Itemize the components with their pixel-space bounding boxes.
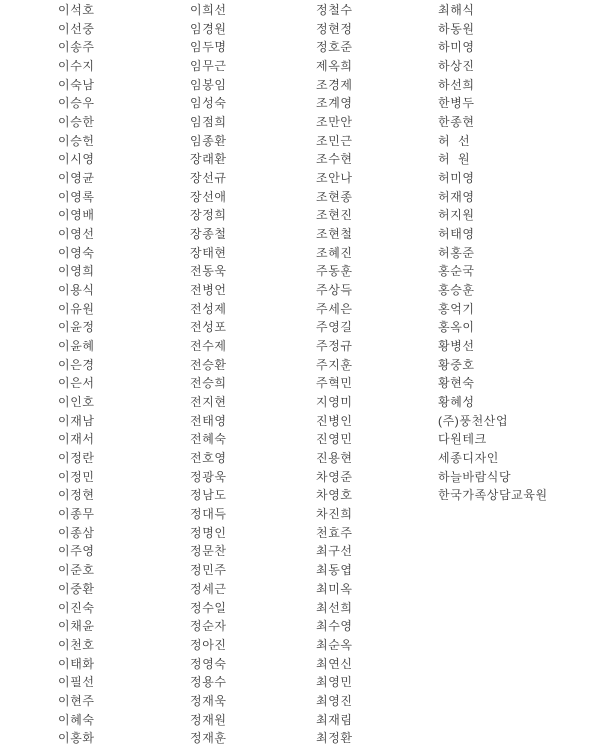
list-item: 정수일	[190, 599, 227, 618]
list-item: 조혜진	[316, 244, 353, 263]
list-item: 하동원	[438, 20, 548, 39]
list-item: 허태영	[438, 225, 548, 244]
list-item: 정아진	[190, 636, 227, 655]
name-column-1: 이석호이선중이송주이수지이숙남이승우이승한이승헌이시영이영균이영록이영배이영선이…	[58, 1, 95, 748]
list-item: 조현종	[316, 188, 353, 207]
list-item: 주혁민	[316, 374, 353, 393]
list-item: 주지훈	[316, 356, 353, 375]
list-item: 조민근	[316, 132, 353, 151]
list-item: 최동엽	[316, 561, 353, 580]
list-item: 정대득	[190, 505, 227, 524]
list-item: 이유원	[58, 300, 95, 319]
list-item: 정현정	[316, 20, 353, 39]
list-item: 정재원	[190, 711, 227, 730]
list-item: 이채윤	[58, 617, 95, 636]
list-item: 이진숙	[58, 599, 95, 618]
list-item: 홍승훈	[438, 281, 548, 300]
list-item: 천효주	[316, 524, 353, 543]
list-item: 이시영	[58, 150, 95, 169]
list-item: 최선희	[316, 599, 353, 618]
list-item: 황중호	[438, 356, 548, 375]
list-item: 전혜숙	[190, 430, 227, 449]
list-item: 이천호	[58, 636, 95, 655]
list-item: 이태화	[58, 655, 95, 674]
list-item: 정세근	[190, 580, 227, 599]
list-item: 주정규	[316, 337, 353, 356]
list-item: 허지원	[438, 206, 548, 225]
list-item: 이중환	[58, 580, 95, 599]
list-item: 허 원	[438, 150, 548, 169]
list-item: 차진희	[316, 505, 353, 524]
list-item: 이필선	[58, 673, 95, 692]
list-item: 조수현	[316, 150, 353, 169]
list-item: 진용현	[316, 449, 353, 468]
list-item: 허홍준	[438, 244, 548, 263]
list-item: 지영미	[316, 393, 353, 412]
list-item: 이혜숙	[58, 711, 95, 730]
list-item: 제옥희	[316, 57, 353, 76]
list-item: 임봉임	[190, 76, 227, 95]
list-item: 임성숙	[190, 94, 227, 113]
list-item: 정명인	[190, 524, 227, 543]
list-item: 최정환	[316, 729, 353, 748]
list-item: 이승우	[58, 94, 95, 113]
list-item: 장정희	[190, 206, 227, 225]
list-item: 전동욱	[190, 262, 227, 281]
list-item: 진영민	[316, 430, 353, 449]
list-item: 주상득	[316, 281, 353, 300]
list-item: 이주영	[58, 542, 95, 561]
list-item: 이현주	[58, 692, 95, 711]
list-item: 다원테크	[438, 430, 548, 449]
list-item: 임경원	[190, 20, 227, 39]
list-item: 이은경	[58, 356, 95, 375]
list-item: 전승희	[190, 374, 227, 393]
list-item: 세종디자인	[438, 449, 548, 468]
list-item: 한병두	[438, 94, 548, 113]
list-item: 이준호	[58, 561, 95, 580]
list-item: 조안나	[316, 169, 353, 188]
list-item: 이송주	[58, 38, 95, 57]
list-item: 하선희	[438, 76, 548, 95]
list-item: 이승한	[58, 113, 95, 132]
list-item: 이영선	[58, 225, 95, 244]
list-item: 주세은	[316, 300, 353, 319]
list-item: 하상진	[438, 57, 548, 76]
list-item: 허재영	[438, 188, 548, 207]
list-item: 정재욱	[190, 692, 227, 711]
list-item: (주)풍천산업	[438, 412, 548, 431]
list-item: 정민주	[190, 561, 227, 580]
name-column-4: 최해식하동원하미영하상진하선희한병두한종현허 선허 원허미영허재영허지원허태영허…	[438, 1, 548, 505]
list-item: 최영민	[316, 673, 353, 692]
list-item: 전지현	[190, 393, 227, 412]
list-item: 진병인	[316, 412, 353, 431]
list-item: 이수지	[58, 57, 95, 76]
list-item: 최수영	[316, 617, 353, 636]
list-item: 정순자	[190, 617, 227, 636]
list-item: 정호준	[316, 38, 353, 57]
list-item: 이종무	[58, 505, 95, 524]
list-item: 이정현	[58, 486, 95, 505]
list-item: 최영진	[316, 692, 353, 711]
list-item: 최구선	[316, 542, 353, 561]
list-item: 이영균	[58, 169, 95, 188]
name-column-3: 정철수정현정정호준제옥희조경제조계영조만안조민근조수현조안나조현종조현진조현철조…	[316, 1, 353, 748]
list-item: 임무근	[190, 57, 227, 76]
list-item: 이영희	[58, 262, 95, 281]
list-item: 정용수	[190, 673, 227, 692]
list-item: 정철수	[316, 1, 353, 20]
list-item: 이영배	[58, 206, 95, 225]
list-item: 최연신	[316, 655, 353, 674]
list-item: 허미영	[438, 169, 548, 188]
list-item: 조현진	[316, 206, 353, 225]
list-item: 이영록	[58, 188, 95, 207]
list-item: 전수제	[190, 337, 227, 356]
list-item: 장래환	[190, 150, 227, 169]
list-item: 하늘바람식당	[438, 468, 548, 487]
list-item: 정영숙	[190, 655, 227, 674]
list-item: 최미옥	[316, 580, 353, 599]
list-item: 이인호	[58, 393, 95, 412]
list-item: 정남도	[190, 486, 227, 505]
list-item: 전호영	[190, 449, 227, 468]
list-item: 조경제	[316, 76, 353, 95]
list-item: 이용식	[58, 281, 95, 300]
list-item: 임종환	[190, 132, 227, 151]
list-item: 홍억기	[438, 300, 548, 319]
list-item: 임점희	[190, 113, 227, 132]
list-item: 이선중	[58, 20, 95, 39]
list-item: 전성포	[190, 318, 227, 337]
list-item: 조계영	[316, 94, 353, 113]
list-item: 이석호	[58, 1, 95, 20]
list-item: 이윤혜	[58, 337, 95, 356]
list-item: 주동훈	[316, 262, 353, 281]
list-item: 한국가족상담교육원	[438, 486, 548, 505]
list-item: 황혜성	[438, 393, 548, 412]
list-item: 차영준	[316, 468, 353, 487]
list-item: 이재서	[58, 430, 95, 449]
list-item: 이종삼	[58, 524, 95, 543]
list-item: 임두명	[190, 38, 227, 57]
list-item: 이은서	[58, 374, 95, 393]
list-item: 이희선	[190, 1, 227, 20]
list-item: 정문찬	[190, 542, 227, 561]
list-item: 장선애	[190, 188, 227, 207]
list-item: 차영호	[316, 486, 353, 505]
list-item: 정재훈	[190, 729, 227, 748]
list-item: 전성제	[190, 300, 227, 319]
list-item: 장태현	[190, 244, 227, 263]
list-item: 하미영	[438, 38, 548, 57]
list-item: 최해식	[438, 1, 548, 20]
list-item: 전승환	[190, 356, 227, 375]
list-item: 전태영	[190, 412, 227, 431]
list-item: 홍옥이	[438, 318, 548, 337]
list-item: 이윤정	[58, 318, 95, 337]
list-item: 장종철	[190, 225, 227, 244]
list-item: 이재남	[58, 412, 95, 431]
list-item: 정광욱	[190, 468, 227, 487]
list-item: 이승헌	[58, 132, 95, 151]
list-item: 이정란	[58, 449, 95, 468]
list-item: 전병언	[190, 281, 227, 300]
list-item: 이정민	[58, 468, 95, 487]
list-item: 조현철	[316, 225, 353, 244]
list-item: 최재림	[316, 711, 353, 730]
list-item: 한종현	[438, 113, 548, 132]
list-item: 장선규	[190, 169, 227, 188]
list-item: 황현숙	[438, 374, 548, 393]
name-directory: 이석호이선중이송주이수지이숙남이승우이승한이승헌이시영이영균이영록이영배이영선이…	[0, 0, 600, 755]
list-item: 홍순국	[438, 262, 548, 281]
list-item: 이홍화	[58, 729, 95, 748]
list-item: 주영길	[316, 318, 353, 337]
name-column-2: 이희선임경원임두명임무근임봉임임성숙임점희임종환장래환장선규장선애장정희장종철장…	[190, 1, 227, 748]
list-item: 조만안	[316, 113, 353, 132]
list-item: 이숙남	[58, 76, 95, 95]
list-item: 황병선	[438, 337, 548, 356]
list-item: 이영숙	[58, 244, 95, 263]
list-item: 최순옥	[316, 636, 353, 655]
list-item: 허 선	[438, 132, 548, 151]
